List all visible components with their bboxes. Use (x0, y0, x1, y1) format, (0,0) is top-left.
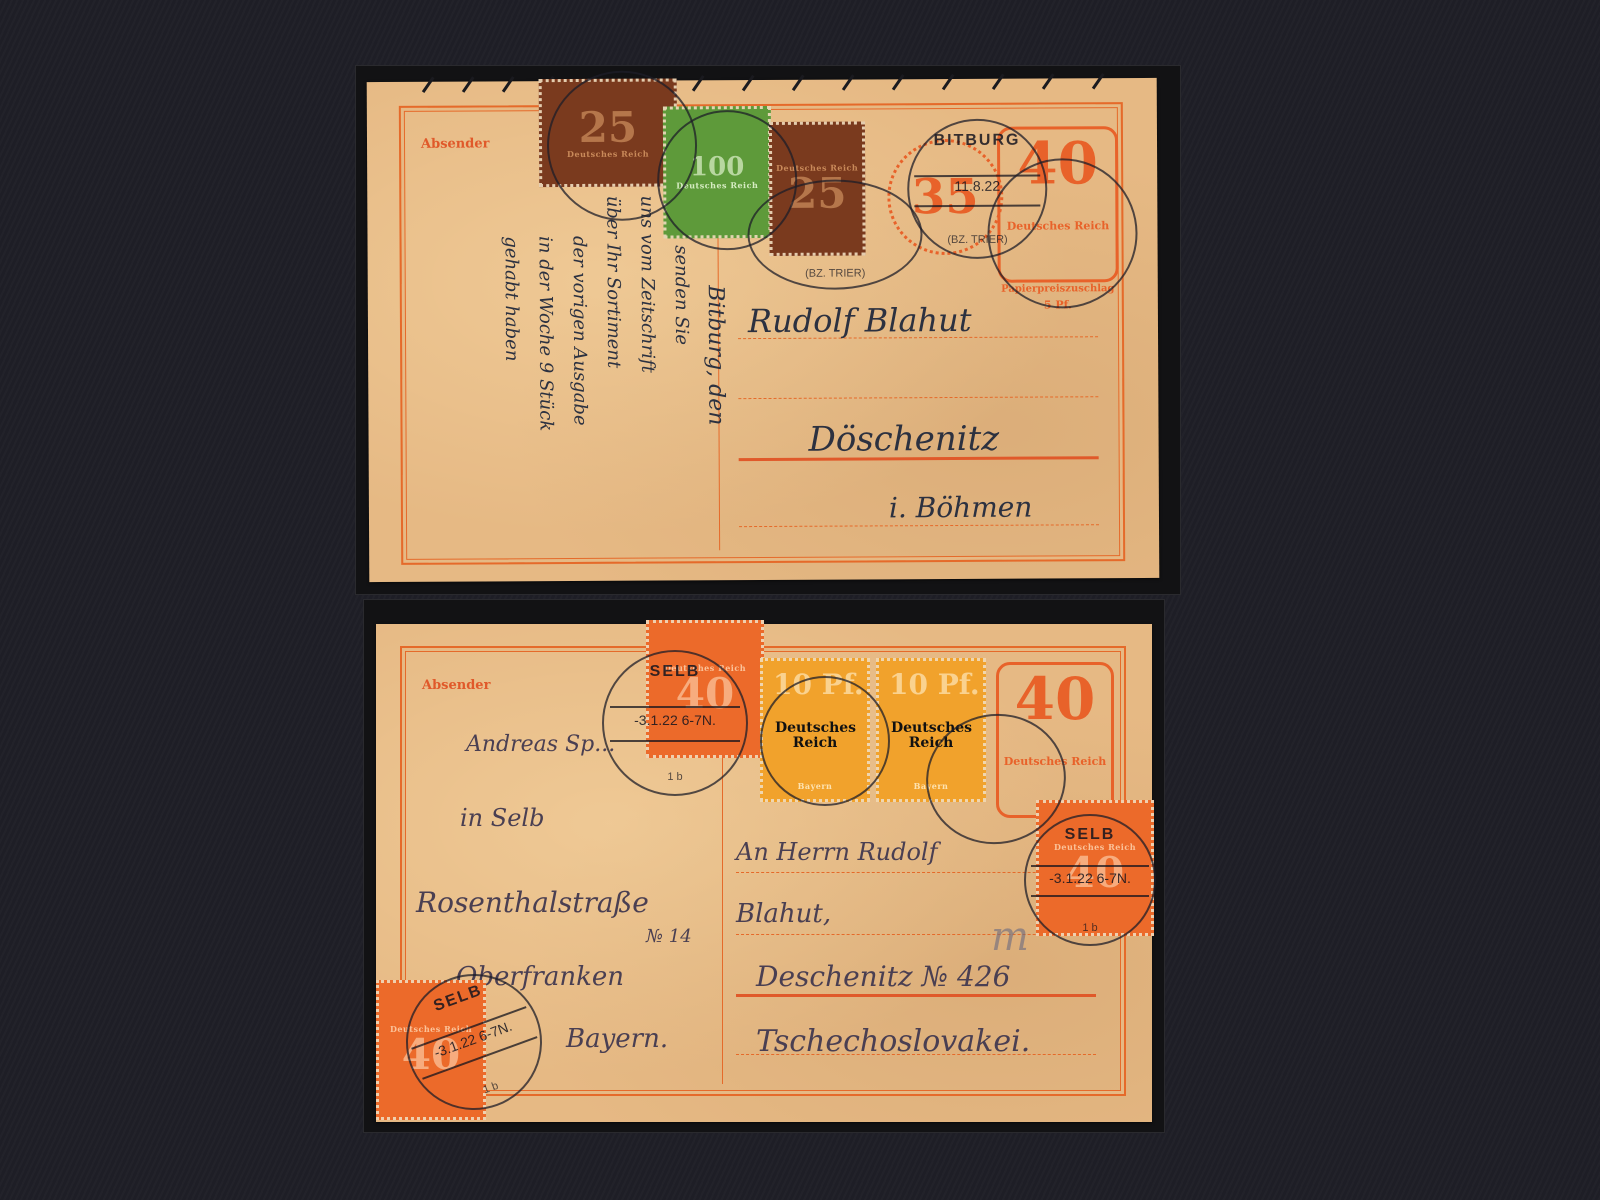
address-surname: Blahut, (736, 899, 831, 929)
postcard-bottom: Absender Andreas Sp... in Selb Rosenthal… (376, 624, 1152, 1122)
postmark-bitburg (987, 158, 1138, 309)
sender-town: in Selb (460, 804, 544, 832)
sender-number: № 14 (646, 926, 692, 947)
sender-street: Rosenthalstraße (416, 886, 649, 919)
address-name: An Herrn Rudolf (736, 838, 937, 866)
postmark-bitburg: (BZ. TRIER) (747, 179, 923, 290)
postmark-selb: SELB -3.1.22 6-7N. 1 b (1024, 814, 1156, 946)
postcard-top: Absender Bitburg, den Bitte senden Sie u… (367, 78, 1160, 582)
absender-label: Absender (422, 678, 490, 693)
address-city: Deschenitz № 426 (756, 960, 1010, 993)
postmark-selb (760, 676, 890, 806)
pencil-note: m (991, 914, 1029, 960)
address-country: Tschechoslovakei. (756, 1024, 1030, 1059)
sender-state: Bayern. (566, 1024, 668, 1054)
address-name: Rudolf Blahut (748, 301, 972, 340)
sender-name: Andreas Sp... (466, 732, 615, 757)
address-line-city (736, 994, 1096, 997)
absender-label: Absender (421, 136, 490, 151)
postmark-selb: SELB -3.1.22 6-7N. 1 b (602, 650, 748, 796)
address-region: i. Böhmen (889, 491, 1033, 525)
address-city: Döschenitz (808, 419, 999, 460)
